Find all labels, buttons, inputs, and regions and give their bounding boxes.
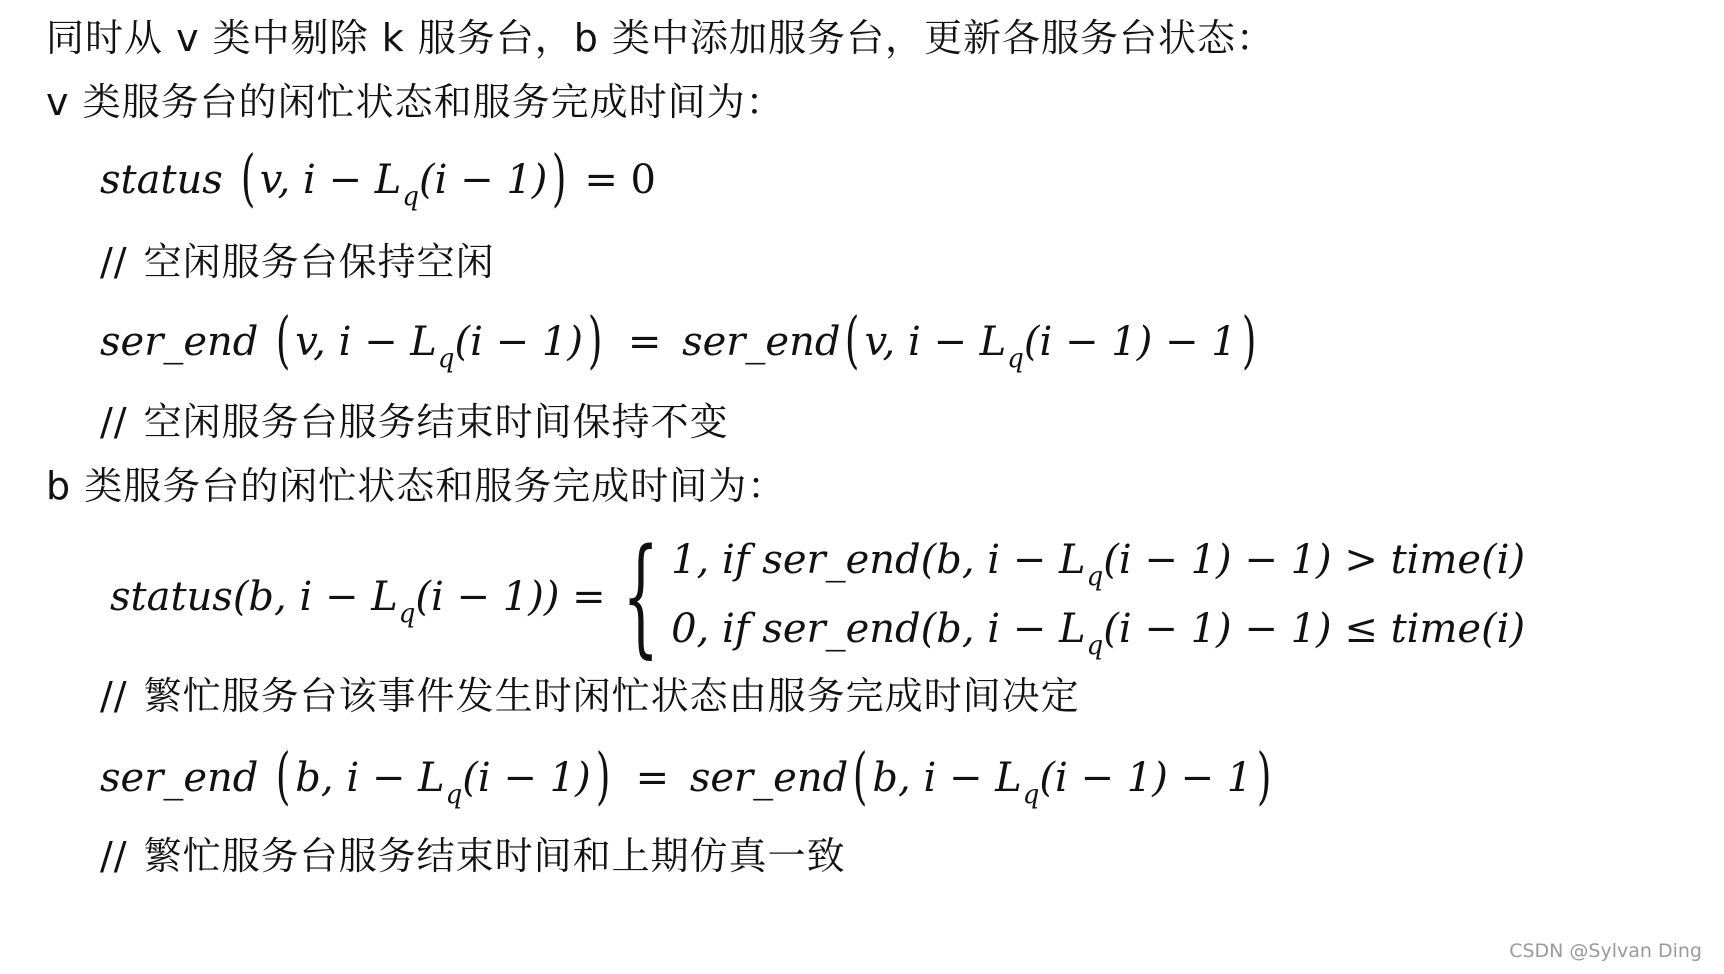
big-paren-open: ( [240,158,255,198]
big-paren-open: ( [276,320,291,360]
lhs-tail: (i − 1)) = [415,574,605,620]
big-paren-close: ) [596,756,611,796]
b-ser-end-equation: ser_end (b, i − Lq(i − 1)) = ser_end(b, … [100,756,1276,805]
comment-text: 繁忙服务台服务结束时间和上期仿真一致 [144,834,846,878]
subscript: q [438,344,455,374]
subscript: q [446,780,463,810]
big-paren-open: ( [276,756,291,796]
comment-prefix: // [100,834,128,878]
comment-prefix: // [100,400,128,444]
fn-name: status [100,157,223,203]
rhs: = 0 [584,157,656,203]
lhs-text: status(b, i − L [110,574,398,620]
big-paren-close: ) [552,158,567,198]
cases: 1, if ser_end(b, i − Lq(i − 1) − 1) > ti… [671,532,1525,662]
comment-prefix: // [100,240,128,284]
v-section-heading: v 类服务台的闲忙状态和服务完成时间为： [46,80,785,124]
case-busy: 1, if ser_end(b, i − Lq(i − 1) − 1) > ti… [671,532,1525,593]
case-pre: 0, if ser_end(b, i − L [671,606,1086,652]
subscript: q [1023,780,1040,810]
arg-tail: (i − 1) [462,755,590,801]
fn-name: ser_end [100,319,258,365]
arg: v, i − L [260,157,402,203]
b-status-piecewise-equation: status(b, i − Lq(i − 1)) = { 1, if ser_e… [110,532,1525,662]
b-comment-1: //繁忙服务台该事件发生时闲忙状态由服务完成时间决定 [100,674,1080,718]
rhs-fn-name: ser_end [690,755,848,801]
arg-tail: (i − 1) [455,319,583,365]
arg-tail: (i − 1) [419,157,547,203]
rhs-arg-tail: (i − 1) − 1 [1024,319,1237,365]
comment-text: 繁忙服务台该事件发生时闲忙状态由服务完成时间决定 [144,674,1080,718]
watermark: CSDN @Sylvan Ding [1509,940,1702,962]
case-pre: 1, if ser_end(b, i − L [671,537,1086,583]
b-comment-2: //繁忙服务台服务结束时间和上期仿真一致 [100,834,846,878]
rhs-arg: v, i − L [865,319,1007,365]
subscript: q [399,599,416,629]
subscript: q [1007,344,1024,374]
case-post: (i − 1) − 1) ≤ time(i) [1103,606,1525,652]
comment-prefix: // [100,674,128,718]
subscript: q [402,182,419,212]
intro-text: 同时从 v 类中剔除 k 服务台，b 类中添加服务台，更新各服务台状态： [46,16,1275,60]
arg: v, i − L [295,319,437,365]
v-comment-2: //空闲服务台服务结束时间保持不变 [100,400,729,444]
big-paren-close: ) [1242,320,1257,360]
case-post: (i − 1) − 1) > time(i) [1103,537,1525,583]
arg: b, i − L [295,755,444,801]
v-status-equation: status (v, i − Lq(i − 1)) = 0 [100,158,656,207]
big-paren-close: ) [588,320,603,360]
big-paren-open: ( [845,320,860,360]
case-idle: 0, if ser_end(b, i − Lq(i − 1) − 1) ≤ ti… [671,601,1525,662]
comment-text: 空闲服务台保持空闲 [144,240,495,284]
comment-text: 空闲服务台服务结束时间保持不变 [144,400,729,444]
rhs-arg: b, i − L [872,755,1021,801]
subscript: q [1087,631,1104,661]
v-ser-end-equation: ser_end (v, i − Lq(i − 1)) = ser_end(v, … [100,320,1261,369]
equals: = [636,755,670,801]
rhs-arg-tail: (i − 1) − 1 [1039,755,1252,801]
fn-name: ser_end [100,755,258,801]
big-paren-open: ( [853,756,868,796]
equals: = [628,319,662,365]
left-brace: { [622,542,659,652]
subscript: q [1087,562,1104,592]
rhs-fn-name: ser_end [682,319,840,365]
b-section-heading: b 类服务台的闲忙状态和服务完成时间为： [46,464,786,508]
v-comment-1: //空闲服务台保持空闲 [100,240,495,284]
lhs: status(b, i − Lq(i − 1)) = [110,574,606,620]
big-paren-close: ) [1257,756,1272,796]
